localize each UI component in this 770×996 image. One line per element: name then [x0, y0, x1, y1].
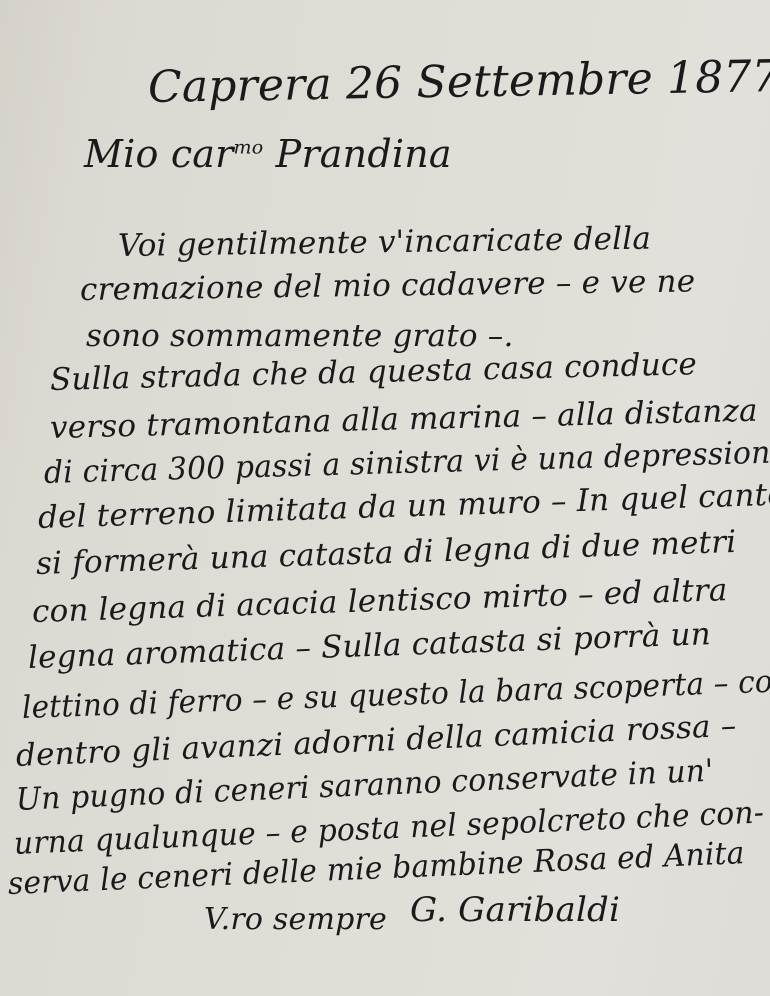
salutation-name: Prandina [276, 132, 452, 176]
place-date-heading: Caprera 26 Settembre 1877 [148, 51, 770, 113]
salutation-prefix: Mio car [84, 132, 234, 176]
body-line-1: Voi gentilmente v'incaricate della [118, 221, 652, 264]
salutation: Mio carmo Prandina [84, 132, 452, 176]
body-line-3: sono sommamente grato –. [86, 318, 514, 354]
body-line-2: cremazione del mio cadavere – e ve ne [80, 263, 696, 308]
signature: G. Garibaldi [410, 890, 620, 930]
letter-page: Caprera 26 Settembre 1877 Mio carmo Pran… [0, 0, 770, 996]
closing-phrase: V.ro sempre [204, 902, 387, 937]
salutation-superscript: mo [234, 136, 264, 158]
